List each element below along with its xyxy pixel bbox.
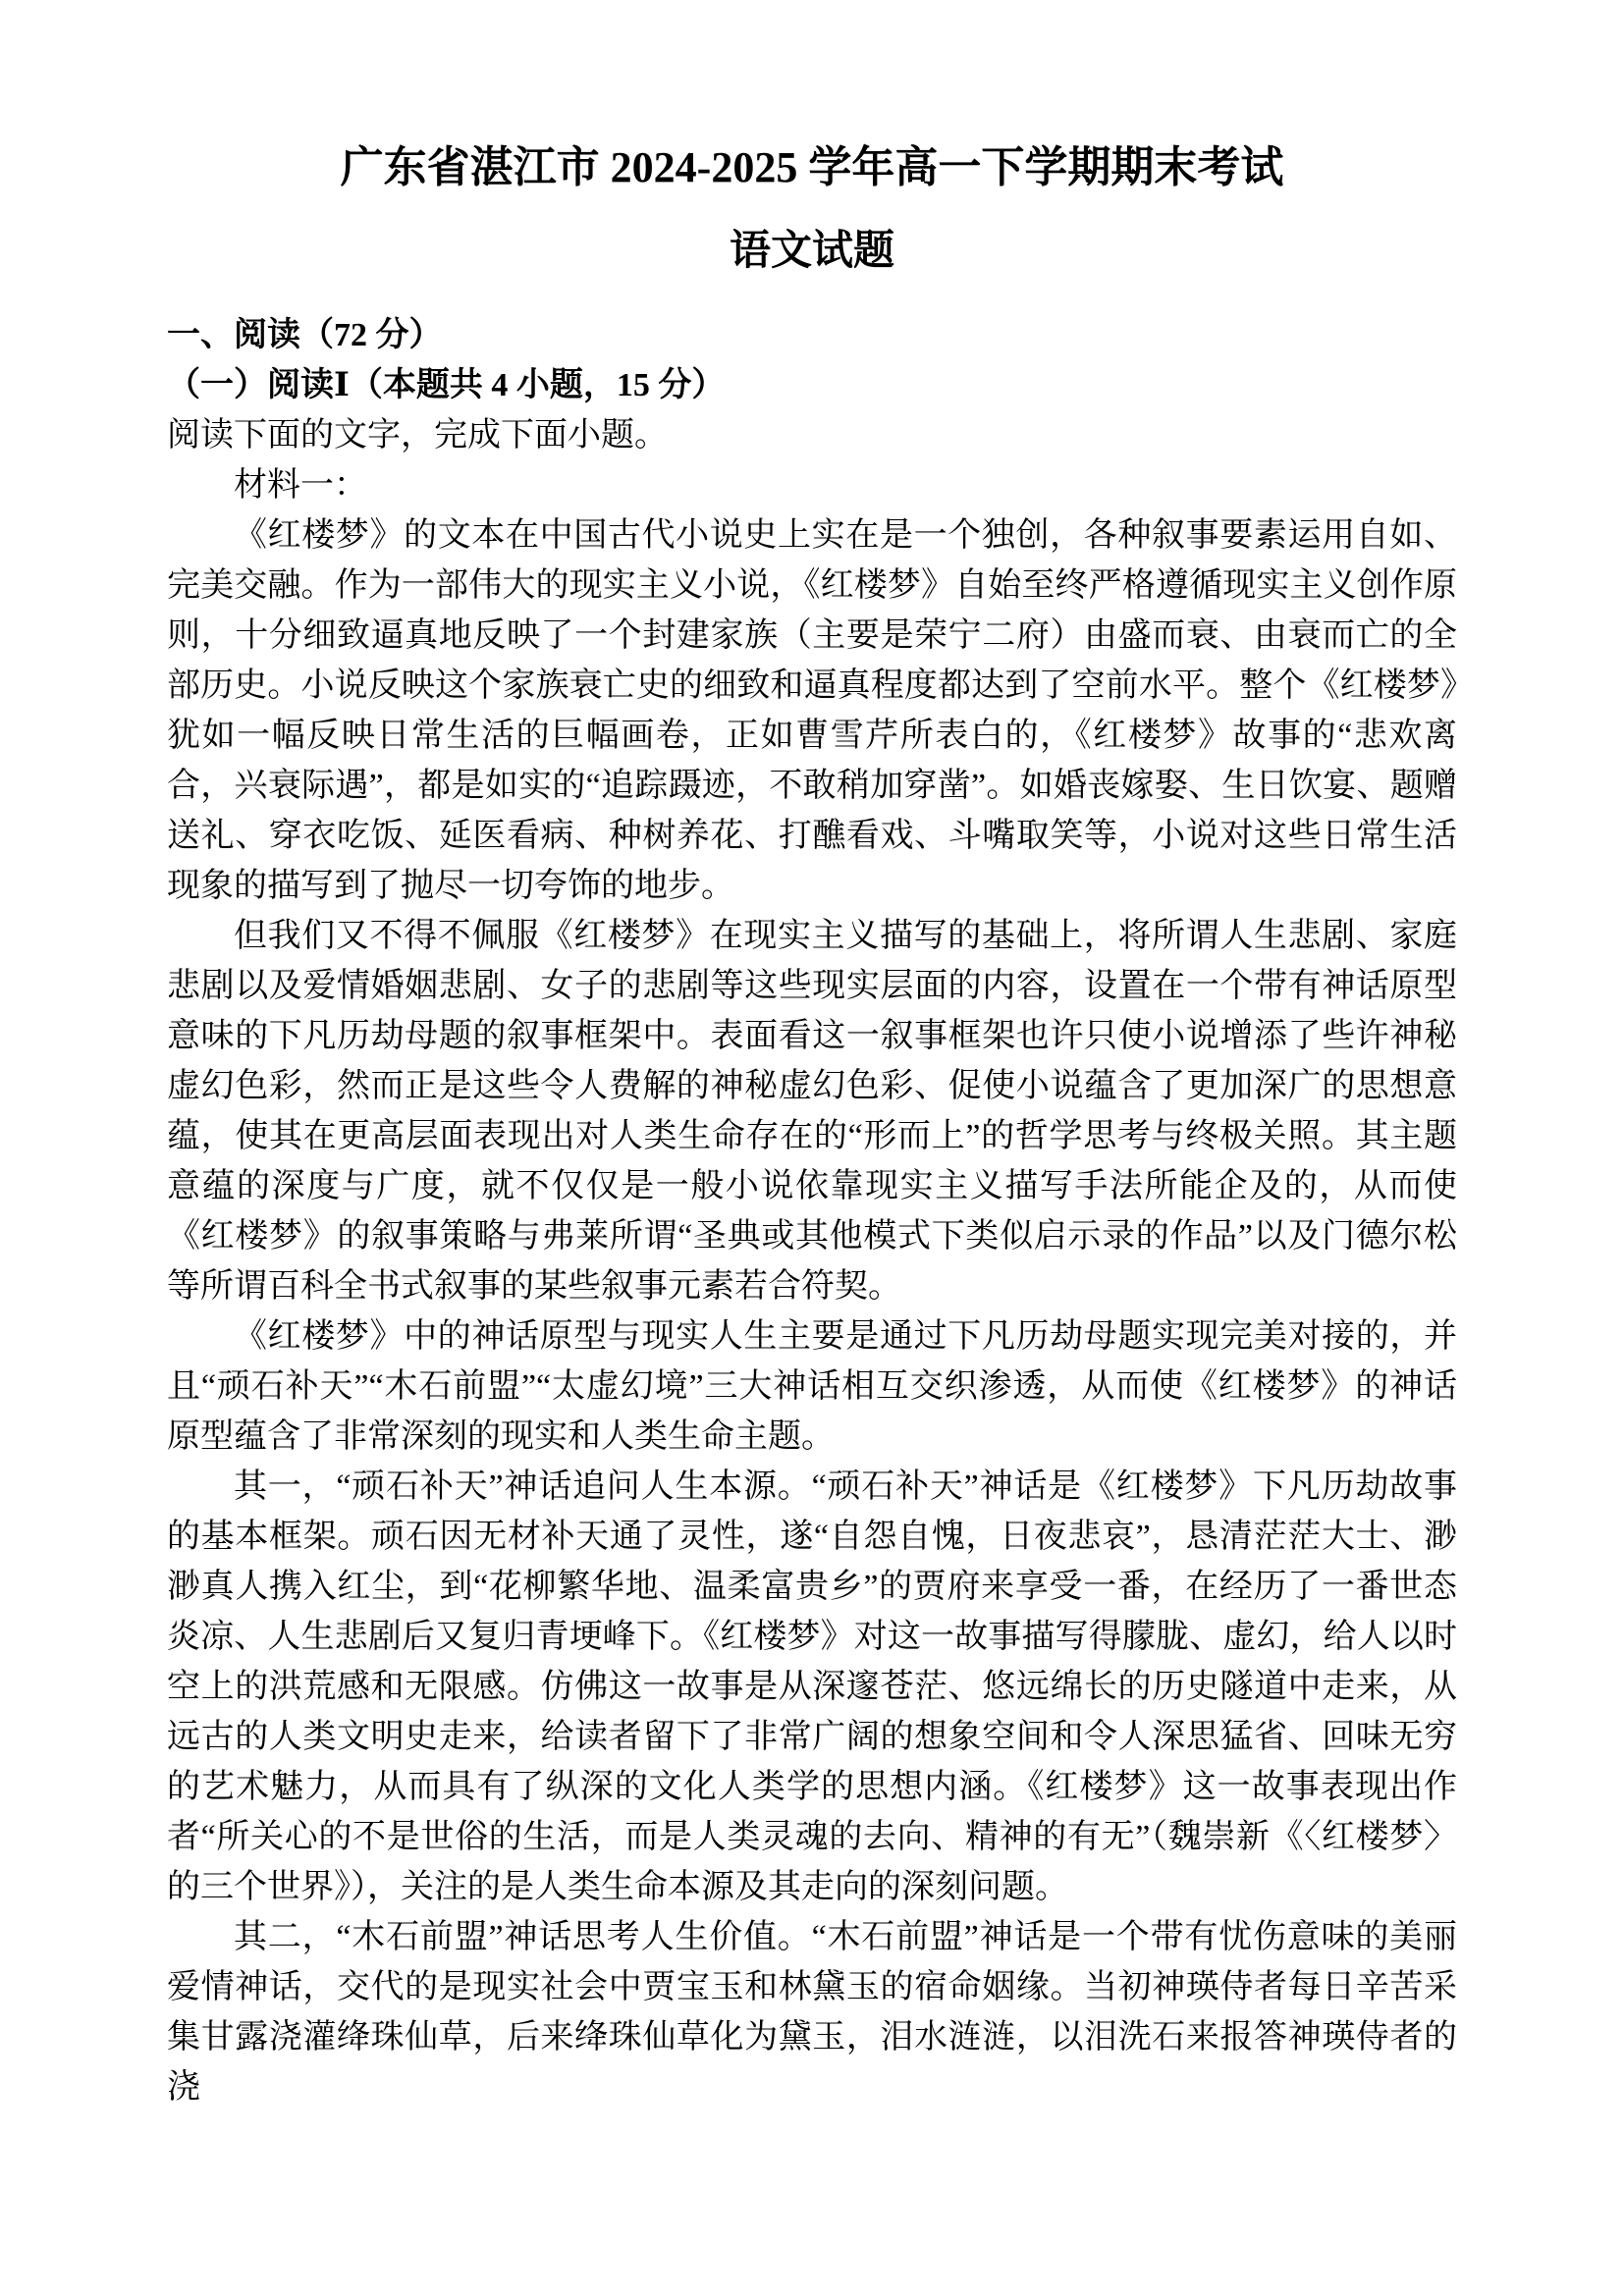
body-paragraph-5: 其二，“木石前盟”神话思考人生价值。“木石前盟”神话是一个带有忧伤意味的美丽爱情… [167,1912,1457,2112]
body-paragraph-2: 但我们又不得不佩服《红楼梦》在现实主义描写的基础上，将所谓人生悲剧、家庭悲剧以及… [167,911,1457,1311]
subsection-heading-reading-1: （一）阅读Ⅰ（本题共 4 小题，15 分） [167,360,1457,410]
section-heading-reading: 一、阅读（72 分） [167,310,1457,360]
body-paragraph-1: 《红楼梦》的文本在中国古代小说史上实在是一个独创，各种叙事要素运用自如、完美交融… [167,510,1457,911]
material-one-label: 材料一： [167,460,1457,510]
body-paragraph-4: 其一，“顽石补天”神话追问人生本源。“顽石补天”神话是《红楼梦》下凡历劫故事的基… [167,1462,1457,1912]
reading-instruction: 阅读下面的文字，完成下面小题。 [167,410,1457,460]
document-page: 广东省湛江市 2024-2025 学年高一下学期期末考试 语文试题 一、阅读（7… [0,0,1624,2296]
body-paragraph-3: 《红楼梦》中的神话原型与现实人生主要是通过下凡历劫母题实现完美对接的，并且“顽石… [167,1311,1457,1462]
exam-subtitle: 语文试题 [167,224,1457,279]
exam-title: 广东省湛江市 2024-2025 学年高一下学期期末考试 [167,137,1457,198]
document-content: 广东省湛江市 2024-2025 学年高一下学期期末考试 语文试题 一、阅读（7… [0,0,1624,2112]
